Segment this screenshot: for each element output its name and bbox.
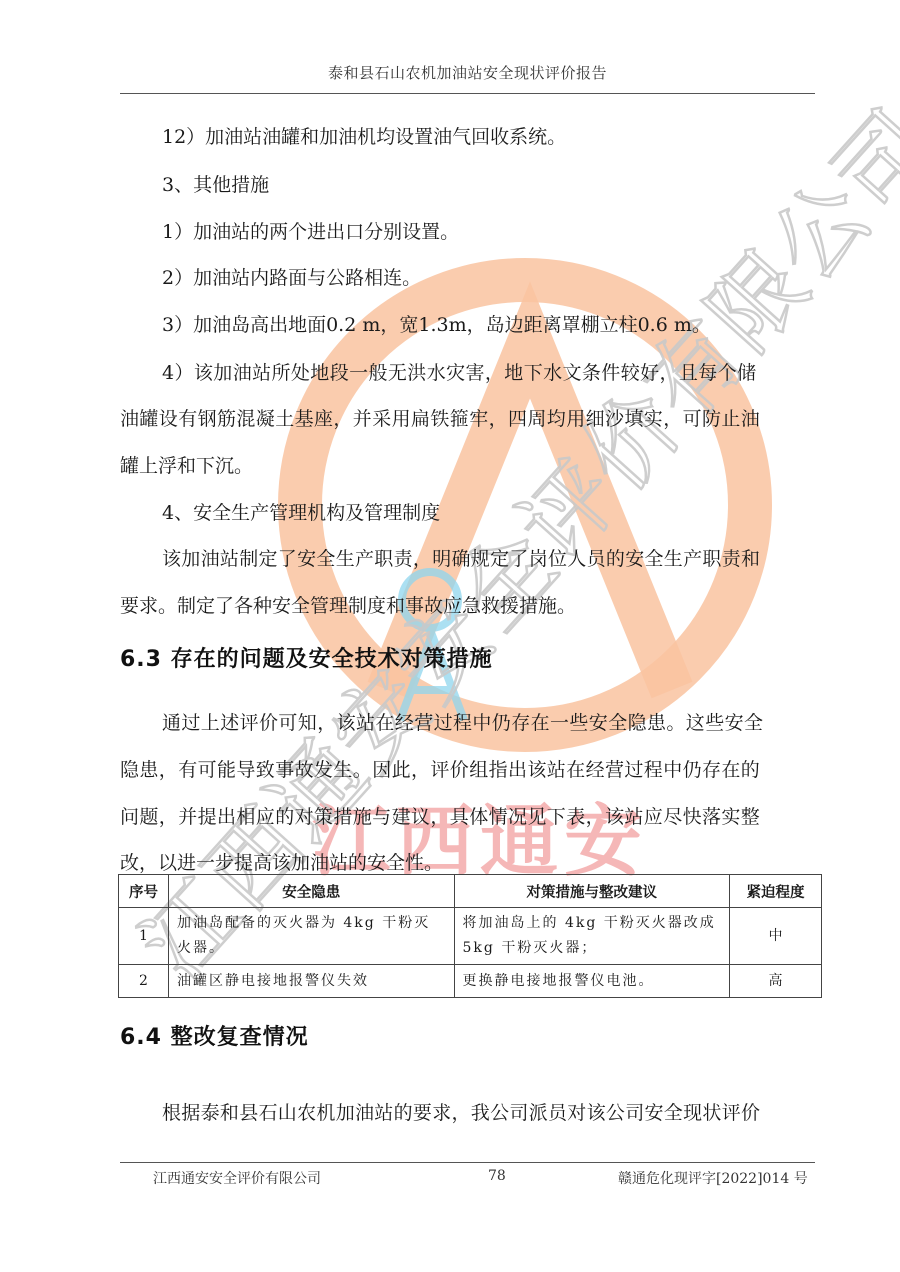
section-heading-6-4: 6.4 整改复查情况 xyxy=(120,1020,309,1051)
section-heading-6-3: 6.3 存在的问题及安全技术对策措施 xyxy=(120,642,493,673)
table-row: 1 加油岛配备的灭火器为 4kg 干粉灭火器。 将加油岛上的 4kg 干粉灭火器… xyxy=(119,908,822,965)
paragraph: 油罐设有钢筋混凝土基座，并采用扁铁箍牢，四周均用细沙填实，可防止油 xyxy=(120,396,820,443)
col-header-no: 序号 xyxy=(119,875,169,908)
paragraph: 12）加油站油罐和加油机均设置油气回收系统。 xyxy=(120,114,862,161)
col-header-hazard: 安全隐患 xyxy=(168,875,454,908)
header-divider xyxy=(120,93,815,94)
footer-doc-number: 赣通危化现评字[2022]014 号 xyxy=(618,1168,808,1188)
paragraph: 根据泰和县石山农机加油站的要求，我公司派员对该公司安全现状评价 xyxy=(120,1090,862,1137)
cell-urgency: 中 xyxy=(730,908,822,965)
paragraph: 问题，并提出相应的对策措施与建议，具体情况见下表，该站应尽快落实整 xyxy=(120,794,820,841)
paragraph: 3）加油岛高出地面0.2 m，宽1.3m，岛边距离罩棚立柱0.6 m。 xyxy=(120,302,862,349)
cell-measure: 更换静电接地报警仪电池。 xyxy=(454,965,730,998)
col-header-urgency: 紧迫程度 xyxy=(730,875,822,908)
paragraph: 1）加油站的两个进出口分别设置。 xyxy=(120,209,862,256)
table-header-row: 序号 安全隐患 对策措施与整改建议 紧迫程度 xyxy=(119,875,822,908)
hazard-measures-table: 序号 安全隐患 对策措施与整改建议 紧迫程度 1 加油岛配备的灭火器为 4kg … xyxy=(118,874,822,998)
cell-hazard: 油罐区静电接地报警仪失效 xyxy=(168,965,454,998)
table-row: 2 油罐区静电接地报警仪失效 更换静电接地报警仪电池。 高 xyxy=(119,965,822,998)
subsection-heading: 3、其他措施 xyxy=(120,162,862,209)
footer-company: 江西通安安全评价有限公司 xyxy=(153,1168,321,1188)
cell-measure: 将加油岛上的 4kg 干粉灭火器改成 5kg 干粉灭火器； xyxy=(454,908,730,965)
page-number: 78 xyxy=(488,1168,506,1184)
cell-no: 2 xyxy=(119,965,169,998)
page-header-title: 泰和县石山农机加油站安全现状评价报告 xyxy=(120,62,815,83)
footer-divider xyxy=(120,1162,815,1163)
subsection-heading: 4、安全生产管理机构及管理制度 xyxy=(120,490,862,537)
paragraph: 隐患，有可能导致事故发生。因此，评价组指出该站在经营过程中仍存在的 xyxy=(120,747,820,794)
col-header-measure: 对策措施与整改建议 xyxy=(454,875,730,908)
paragraph: 要求。制定了各种安全管理制度和事故应急救援措施。 xyxy=(120,583,820,630)
paragraph: 该加油站制定了安全生产职责，明确规定了岗位人员的安全生产职责和 xyxy=(120,536,862,583)
paragraph: 2）加油站内路面与公路相连。 xyxy=(120,255,862,302)
cell-no: 1 xyxy=(119,908,169,965)
cell-urgency: 高 xyxy=(730,965,822,998)
paragraph: 4）该加油站所处地段一般无洪水灾害，地下水文条件较好，且每个储 xyxy=(120,350,862,397)
cell-hazard: 加油岛配备的灭火器为 4kg 干粉灭火器。 xyxy=(168,908,454,965)
paragraph: 罐上浮和下沉。 xyxy=(120,443,820,490)
paragraph: 通过上述评价可知，该站在经营过程中仍存在一些安全隐患。这些安全 xyxy=(120,700,862,747)
